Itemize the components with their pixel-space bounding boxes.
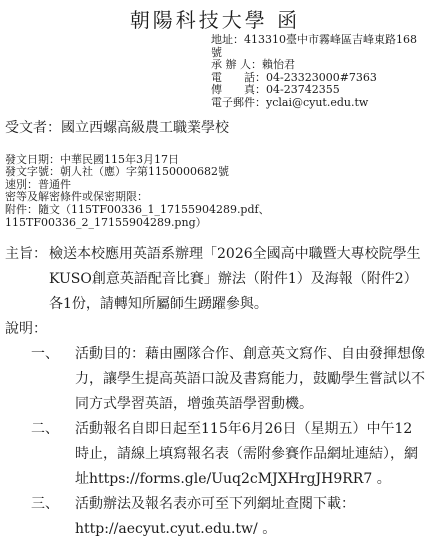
letter-body: 主旨： 檢送本校應用英語系辦理「2026全國高中職暨大專校院學生KUSO創意英語…	[5, 242, 425, 542]
document-meta-block: 發文日期：中華民國115年3月17日 發文字號：朝人社（應）字第11500006…	[5, 154, 425, 230]
item-3-number: 三、	[31, 492, 75, 517]
explanation-item-2: 二、 活動報名自即日起至115年6月26日（星期五）中午12時止，請線上填寫報名…	[31, 417, 425, 492]
sender-address: 地址：413310臺中市霧峰區吉峰東路168號	[211, 34, 425, 59]
contact-person-line: 承 辦 人：賴怡君	[211, 59, 425, 72]
subject-label: 主旨：	[5, 242, 49, 267]
explanation-label: 說明：	[5, 317, 425, 342]
document-title: 朝陽科技大學 函	[5, 8, 425, 32]
attachment-line: 附件：隨文（115TF00336_1_17155904289.pdf、115TF…	[5, 204, 425, 229]
item-1-text: 活動目的：藉由團隊合作、創意英文寫作、自由發揮想像力，讓學生提高英語口說及書寫能…	[75, 342, 425, 417]
email-line: 電子郵件：yclai@cyut.edu.tw	[211, 97, 425, 110]
sender-info-block: 地址：413310臺中市霧峰區吉峰東路168號 承 辦 人：賴怡君 電 話：04…	[211, 34, 425, 110]
item-1-number: 一、	[31, 342, 75, 367]
item-2-text: 活動報名自即日起至115年6月26日（星期五）中午12時止，請線上填寫報名表（需…	[75, 417, 425, 492]
official-letter-document: 朝陽科技大學 函 地址：413310臺中市霧峰區吉峰東路168號 承 辦 人：賴…	[0, 0, 431, 542]
subject-text: 檢送本校應用英語系辦理「2026全國高中職暨大專校院學生KUSO創意英語配音比賽…	[49, 242, 425, 317]
reference-number-line: 發文字號：朝人社（應）字第1150000682號	[5, 166, 425, 179]
explanation-item-1: 一、 活動目的：藉由團隊合作、創意英文寫作、自由發揮想像力，讓學生提高英語口說及…	[31, 342, 425, 417]
item-2-number: 二、	[31, 417, 75, 442]
item-3-text: 活動辦法及報名表亦可至下列網址查閱下載：http://aecyut.cyut.e…	[75, 492, 425, 542]
recipient-name: 國立西螺高級農工職業學校	[61, 120, 229, 136]
recipient-line: 受文者：國立西螺高級農工職業學校	[5, 118, 425, 138]
subject-section: 主旨： 檢送本校應用英語系辦理「2026全國高中職暨大專校院學生KUSO創意英語…	[5, 242, 425, 317]
recipient-label: 受文者：	[5, 120, 61, 136]
explanation-item-3: 三、 活動辦法及報名表亦可至下列網址查閱下載：http://aecyut.cyu…	[31, 492, 425, 542]
